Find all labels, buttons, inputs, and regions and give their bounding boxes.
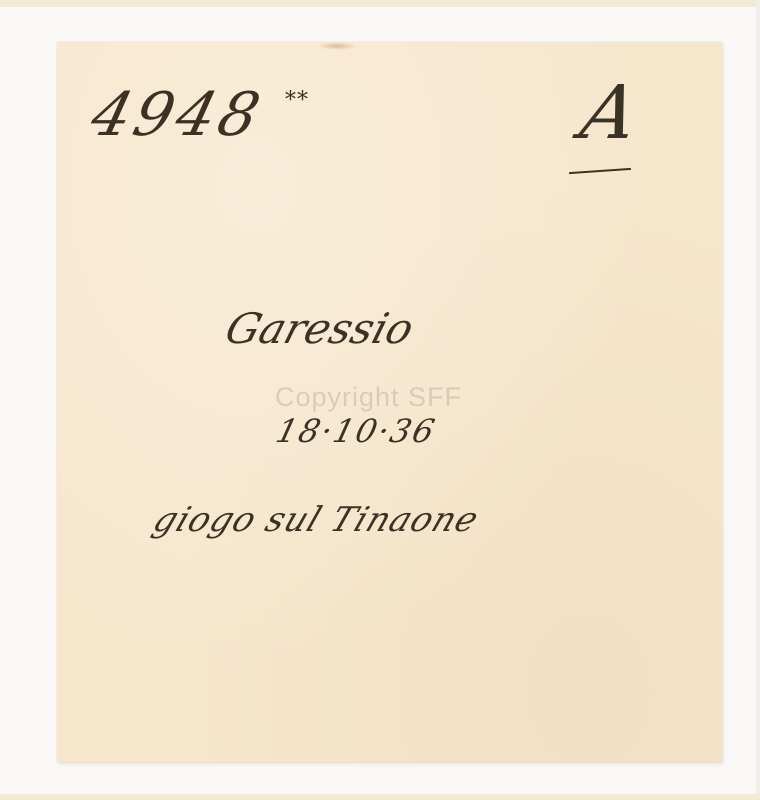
- series-letter: A: [574, 70, 646, 156]
- collection-date: 18·10·36: [272, 412, 440, 450]
- site-description: giogo sul Tinaone: [148, 500, 485, 540]
- mount-bottom-edge: [0, 794, 760, 800]
- copyright-watermark: Copyright SFF: [275, 382, 462, 413]
- locality-text: Garessio: [220, 304, 419, 353]
- specimen-label-card: 4948 ** A Garessio Copyright SFF 18·10·3…: [57, 42, 722, 762]
- mount-top-edge: [0, 0, 760, 7]
- mount-right-edge: [756, 0, 760, 800]
- catalog-number: 4948: [84, 80, 270, 150]
- catalog-marks: **: [285, 88, 309, 113]
- series-underline: [569, 168, 631, 174]
- paper-stain: [317, 42, 357, 50]
